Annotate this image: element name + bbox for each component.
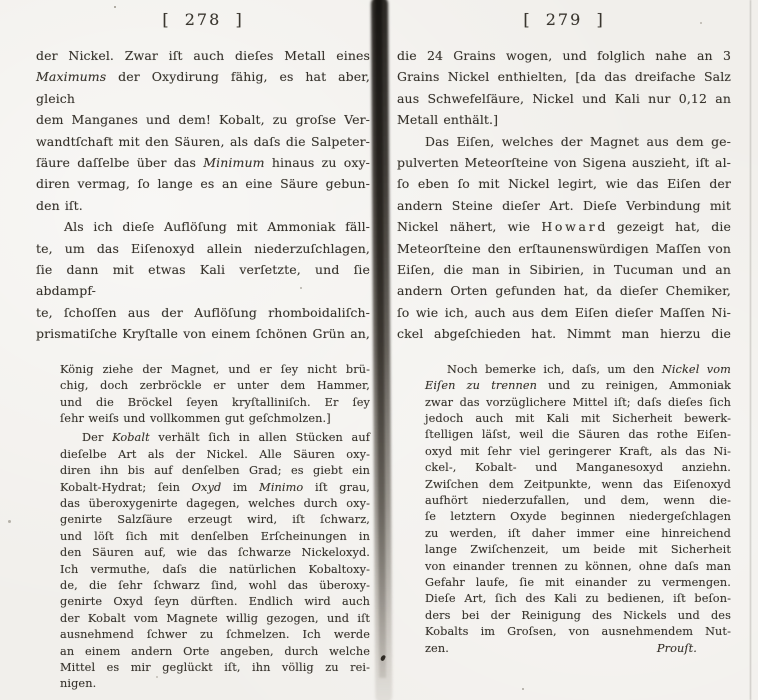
text-line: andern Steine dieſer Art. Dieſe Verbindu… [397,195,731,216]
text-line: Zwiſchen dem Zeitpunkte, wenn das Eiſeno… [425,477,731,493]
text-line: ausnehmend ſchwer zu ſchmelzen. Ich werd… [60,627,370,643]
text-line: dem Manganes und dem! Kobalt, zu groſse … [36,109,370,130]
left-page: [ 278 ] der Nickel. Zwar iſt auch dieſes… [36,10,370,693]
page-edge-line [750,0,751,700]
ink-speck [300,287,302,289]
text-line: das überoxygenirte dagegen, welches durc… [60,496,370,512]
text-line: aufhört niederzufallen, und dem, wenn di… [425,493,731,509]
text-line: aus Schwefelſäure, Nickel und Kali nur 0… [397,88,731,109]
text-line: Als ich dieſe Auflöſung mit Ammoniak fäl… [36,216,370,237]
text-line: den Säuren auf, wie das ſchwarze Nickelo… [60,545,370,561]
paragraph: der Nickel. Zwar iſt auch dieſes Metall … [36,45,370,216]
text-line: der Nickel. Zwar iſt auch dieſes Metall … [36,45,370,66]
right-page-text: die 24 Grains wogen, und folglich nahe a… [397,45,731,657]
text-line: an einem andern Orte angeben, durch welc… [60,644,370,660]
text-line: ckel-, Kobalt- und Manganesoxyd anziehn. [425,460,731,476]
text-line: ſe letztern Oxyde beginnen niedergeſchla… [425,509,731,525]
text-line: chig, doch zerbröckle er unter dem Hamme… [60,378,370,394]
text-line: andern Orten gefunden hat, da dieſer Che… [397,280,731,301]
scanned-book-spread: { "document": { "kind": "scanned book pa… [0,0,758,700]
text-line: Dieſe Art, ſich des Kali zu bedienen, iſ… [425,591,731,607]
text-line: genirte Salzſäure erzeugt wird, iſt ſchw… [60,512,370,528]
text-line: pulverten Meteorſteine von Sigena auszie… [397,152,731,173]
footnote-paragraph: König ziehe der Magnet, und er ſey nicht… [60,362,370,428]
text-line: Eiſen zu trennen und zu reinigen, Ammoni… [425,378,731,394]
text-line: von einander trennen zu können, ohne daſ… [425,559,731,575]
text-line: Kobalt-Hydrat; ſein Oxyd im Minimo iſt g… [60,480,370,496]
text-line: und löſt ſich mit denſelben Erſcheinunge… [60,529,370,545]
text-line: König ziehe der Magnet, und er ſey nicht… [60,362,370,378]
ink-speck [8,520,11,523]
text-line: zwar das vorzüglichere Mittel iſt; daſs … [425,395,731,411]
text-line: Noch bemerke ich, daſs, um den Nickel vo… [425,362,731,378]
text-line: ckel abgeſchieden hat. Nimmt man hierzu … [397,323,731,344]
text-line: Eiſen, die man in Sibirien, in Tucuman u… [397,259,731,280]
text-line: Kobalts im Groſsen, von ausnehmendem Nut… [425,624,731,640]
text-line: ſo wie ich, auch aus dem Eiſen dieſer Ma… [397,302,731,323]
text-line: ſo eben ſo mit Nickel legirt, wie das Ei… [397,173,731,194]
text-line: nigen. [60,676,370,692]
signature-line: zen.Prouſt. [425,641,731,657]
text-line: de, die ſehr ſchwarz ſind, wohl das über… [60,578,370,594]
page-number-header-279: [ 279 ] [397,10,731,29]
text-line: te, ſchoſſen aus der Auflöſung rhomboida… [36,302,370,323]
text-line: oxyd mit ſehr viel geringerer Kraft, als… [425,444,731,460]
text-line: diren ihn bis auf denſelben Grad; es gie… [60,463,370,479]
text-line: zu werden, iſt daher immer eine hinreich… [425,526,731,542]
text-line: Maximums der Oxydirung fähig, es hat abe… [36,66,370,109]
text-line: te, um das Eiſenoxyd allein niederzuſchl… [36,238,370,259]
ink-speck [522,688,524,690]
text-line: Metall enthält.] [397,109,731,130]
text-line: den iſt. [36,195,370,216]
text-line: Meteorſteine den erſtaunenswürdigen Maſſ… [397,238,731,259]
text-line: der Kobalt vom Magnete willig gezogen, u… [60,611,370,627]
text-line: Grains Nickel enthielten, [da das dreifa… [397,66,731,87]
text-line: Mittel es mir geglückt iſt, ihn völlig z… [60,660,370,676]
text-line: lange Zwiſchenzeit, um beide mit Sicherh… [425,542,731,558]
text-line: ſehr weiſs und vollkommen gut geſchmolze… [60,411,370,427]
text-line: die 24 Grains wogen, und folglich nahe a… [397,45,731,66]
text-line: Das Eiſen, welches der Magnet aus dem ge… [397,131,731,152]
text-line: jedoch auch mit Kali mit Sicherheit bewe… [425,411,731,427]
text-line: diren vermag, ſo lange es an eine Säure … [36,173,370,194]
page-number-header-278: [ 278 ] [36,10,370,29]
paragraph: die 24 Grains wogen, und folglich nahe a… [397,45,731,131]
left-page-text: der Nickel. Zwar iſt auch dieſes Metall … [36,45,370,693]
text-line: ſäure daſſelbe über das Minimum hinaus z… [36,152,370,173]
ink-speck [156,676,158,678]
text-line: wandtſchaft mit den Säuren, als daſs die… [36,131,370,152]
text-line: ders bei der Reinigung des Nickels und d… [425,608,731,624]
text-line: dieſelbe Art als der Nickel. Alle Säuren… [60,447,370,463]
text-line: und die Bröckel ſeyen kryſtalliniſch. Er… [60,395,370,411]
text-line: Nickel nähert, wie H o w a r d gezeigt h… [397,216,731,237]
ink-speck [700,22,702,24]
text-line: prismatiſche Kryſtalle von einem ſchönen… [36,323,370,344]
text-line: genirte Oxyd ſeyn dürften. Endlich wird … [60,594,370,610]
text-line: ſie dann mit etwas Kali verſetzte, und ſ… [36,259,370,302]
text-line: ſtelligen läſst, weil die Säuren das rot… [425,427,731,443]
footnote-paragraph: Der Kobalt verhält ſich in allen Stücken… [60,430,370,693]
text-line: Der Kobalt verhält ſich in allen Stücken… [60,430,370,446]
paragraph: Als ich dieſe Auflöſung mit Ammoniak fäl… [36,216,370,344]
text-line: Gefahr laufe, ſie mit einander zu vermen… [425,575,731,591]
footnote-paragraph: Noch bemerke ich, daſs, um den Nickel vo… [425,362,731,657]
paragraph: Das Eiſen, welches der Magnet aus dem ge… [397,131,731,345]
text-line: Ich vermuthe, daſs die natürlichen Kobal… [60,562,370,578]
ink-speck [114,6,116,8]
author-signature: Prouſt. [657,641,697,657]
footnote-last-word: zen. [425,641,449,657]
right-page: [ 279 ] die 24 Grains wogen, und folglic… [397,10,731,657]
